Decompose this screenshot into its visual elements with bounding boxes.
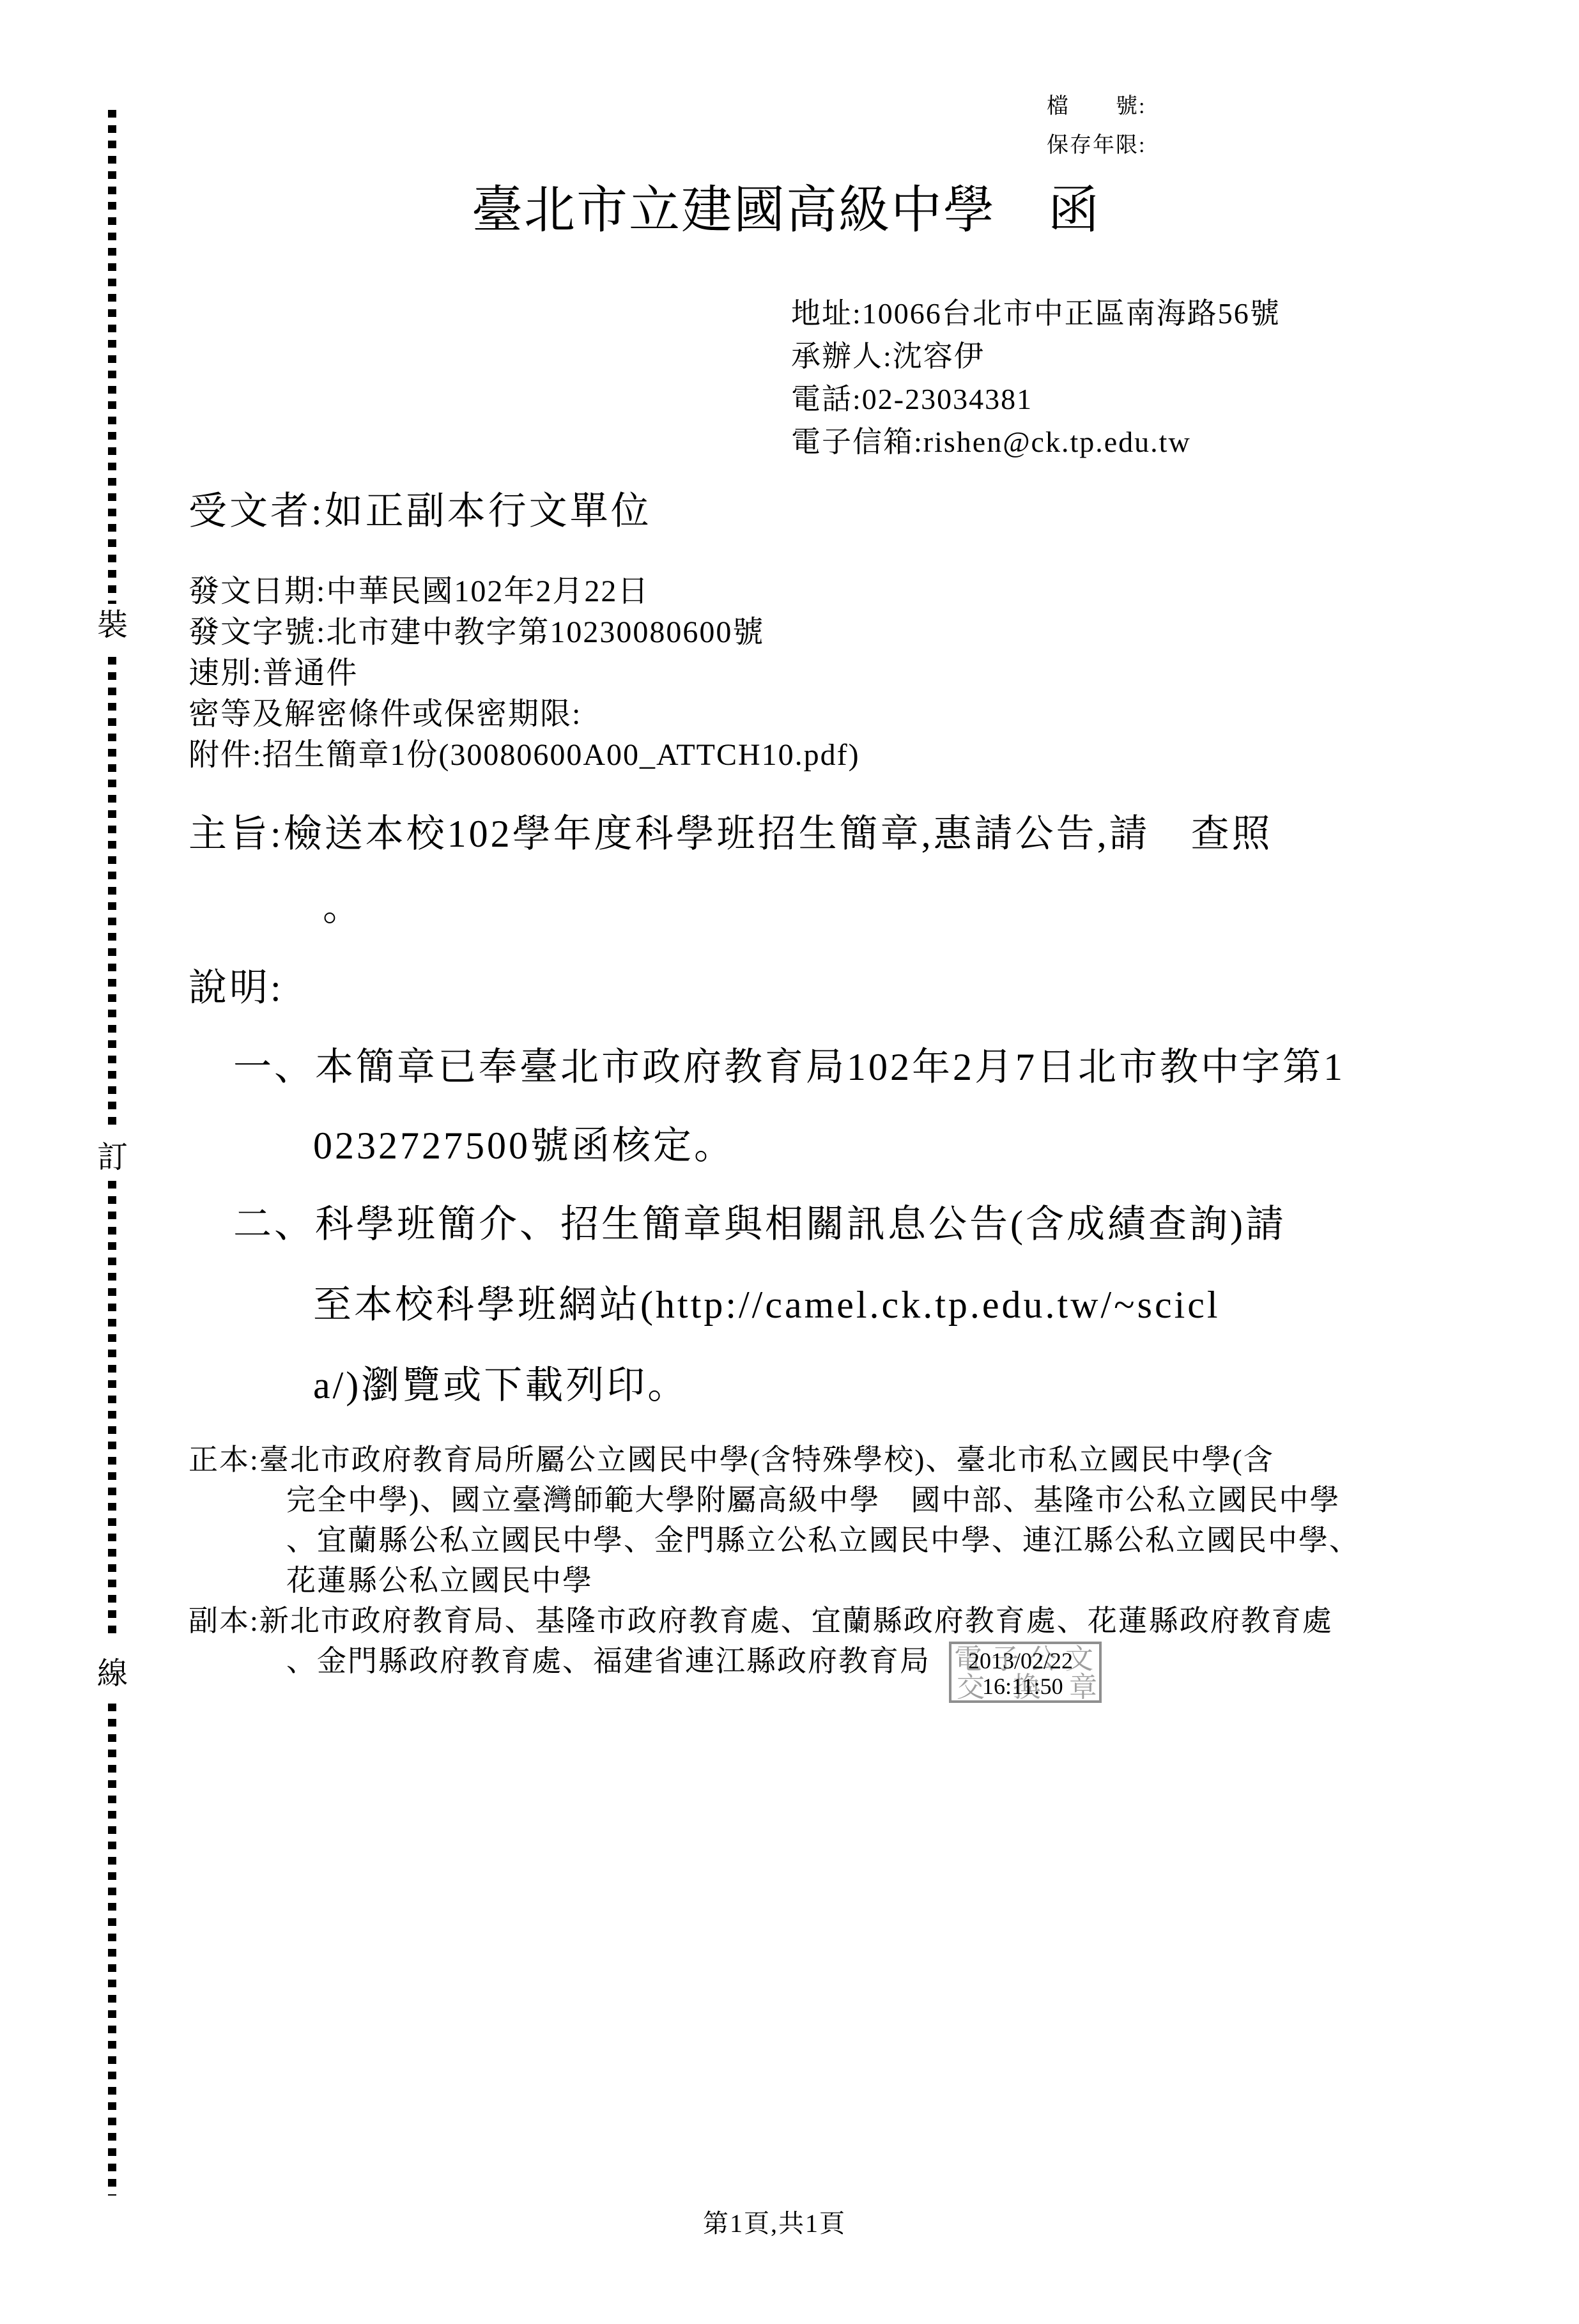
document-title: 臺北市立建國高級中學 函 (472, 185, 1100, 236)
sender-phone: 電話:02-23034381 (791, 385, 1033, 414)
description-item2-line3: a/)瀏覽或下載列印。 (313, 1366, 688, 1404)
description-heading: 說明: (189, 969, 284, 1007)
original-recipients-line3: 、宜蘭縣公私立國民中學、金門縣立公私立國民中學、連江縣公私立國民中學、 (286, 1526, 1360, 1555)
description-item1-line1: 一、本簡章已奉臺北市政府教育局102年2月7日北市教中字第1 (233, 1048, 1345, 1086)
binding-dotted-line-segment4 (108, 1704, 116, 2196)
description-item2-line1: 二、科學班簡介、招生簡章與相關訊息公告(含成績查詢)請 (233, 1205, 1286, 1243)
binding-mark-ding: 訂 (97, 1143, 128, 1173)
description-item2-line2: 至本校科學班網站(http://camel.ck.tp.edu.tw/~scic… (313, 1286, 1221, 1324)
archive-number-label: 檔 號: (1047, 96, 1146, 118)
sender-email: 電子信箱:rishen@ck.tp.edu.tw (791, 427, 1191, 457)
electronic-exchange-stamp: 電子公文 交換章 2013/02/22 16:11:50 (949, 1642, 1102, 1703)
binding-mark-zhuang: 裝 (97, 610, 128, 641)
binding-dotted-line-segment3 (108, 1181, 116, 1640)
page-footer: 第1頁,共1頁 (703, 2211, 846, 2236)
original-recipients-line4: 花蓮縣公私立國民中學 (286, 1566, 593, 1596)
recipient-line: 受文者:如正副本行文單位 (189, 492, 652, 530)
copy-recipients-line2: 、金門縣政府教育處、福建省連江縣政府教育局 (286, 1647, 930, 1676)
binding-mark-xian: 線 (97, 1659, 128, 1689)
attachment-line: 附件:招生簡章1份(30080600A00_ATTCH10.pdf) (189, 740, 860, 771)
speed-class-line: 速別:普通件 (189, 658, 358, 689)
copy-recipients-line1: 副本:新北市政府教育局、基隆市政府教育處、宜蘭縣政府教育處、花蓮縣政府教育處 (189, 1606, 1333, 1636)
subject-line-2: 。 (323, 888, 364, 927)
description-item1-line2: 0232727500號函核定。 (313, 1127, 735, 1165)
sender-contact-person: 承辦人:沈容伊 (791, 342, 985, 371)
security-class-line: 密等及解密條件或保密期限: (189, 699, 582, 730)
binding-dotted-line-segment2 (108, 657, 116, 1125)
stamp-date: 2013/02/22 (968, 1649, 1073, 1672)
sender-address: 地址:10066台北市中正區南海路56號 (791, 299, 1281, 328)
subject-line-1: 主旨:檢送本校102學年度科學班招生簡章,惠請公告,請 查照 (189, 815, 1273, 853)
binding-dotted-line-segment1 (108, 110, 116, 604)
stamp-time: 16:11:50 (982, 1675, 1063, 1698)
original-recipients-line2: 完全中學)、國立臺灣師範大學附屬高級中學 國中部、基隆市公私立國民中學 (286, 1486, 1340, 1515)
retention-period-label: 保存年限: (1047, 135, 1146, 157)
issue-number-line: 發文字號:北市建中教字第10230080600號 (189, 617, 764, 648)
official-letter-page: 檔 號: 保存年限: 臺北市立建國高級中學 函 地址:10066台北市中正區南海… (0, 0, 1579, 2324)
original-recipients-line1: 正本:臺北市政府教育局所屬公立國民中學(含特殊學校)、臺北市私立國民中學(含 (189, 1445, 1274, 1475)
issue-date-line: 發文日期:中華民國102年2月22日 (189, 576, 649, 607)
